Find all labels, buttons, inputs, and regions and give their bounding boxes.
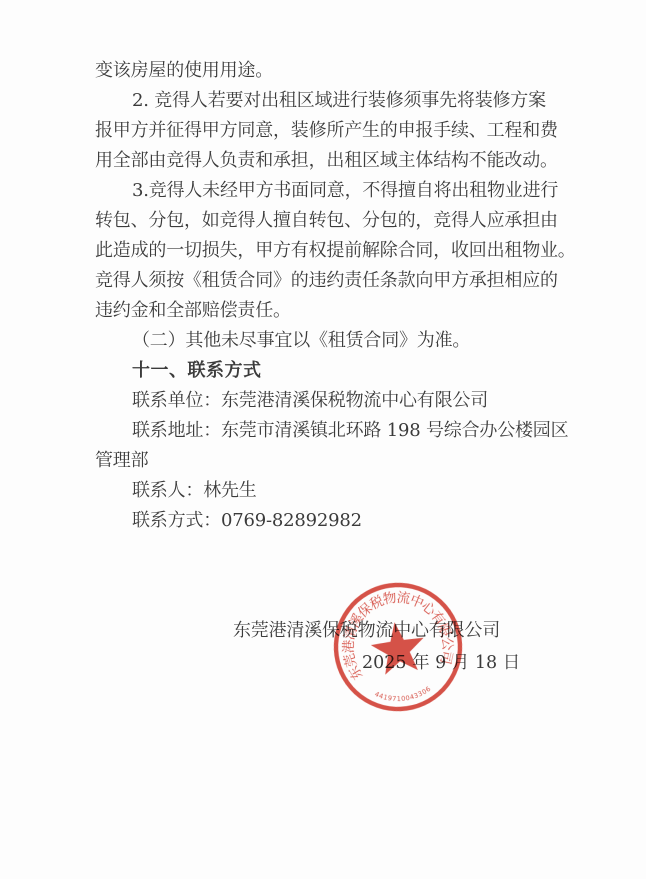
body-line: 用全部由竞得人负责和承担，出租区域主体结构不能改动。 — [95, 146, 567, 176]
contact-phone-line: 联系方式：0769-82892982 — [95, 506, 567, 536]
body-line: 2. 竞得人若要对出租区域进行装修须事先将装修方案 — [95, 86, 567, 116]
body-line: 竞得人须按《租赁合同》的违约责任条款向甲方承担相应的 — [95, 266, 567, 296]
document-body: 变该房屋的使用用途。 2. 竞得人若要对出租区域进行装修须事先将装修方案 报甲方… — [95, 56, 567, 536]
contact-address-wrap-line: 管理部 — [95, 446, 567, 476]
contact-person-line: 联系人：林先生 — [95, 476, 567, 506]
body-line: 3.竞得人未经甲方书面同意，不得擅自将出租物业进行 — [95, 176, 567, 206]
seal-star-icon — [368, 619, 428, 677]
contact-address-line: 联系地址：东莞市清溪镇北环路 198 号综合办公楼园区 — [95, 416, 567, 446]
body-line: 违约金和全部赔偿责任。 — [95, 296, 567, 326]
section-heading-contact: 十一、联系方式 — [95, 356, 567, 386]
body-line: （二）其他未尽事宜以《租赁合同》为准。 — [95, 326, 567, 356]
company-seal: 东莞港清溪保税物流中心有限公司 4419710043306 — [308, 557, 489, 738]
body-line: 此造成的一切损失，甲方有权提前解除合同，收回出租物业。 — [95, 236, 567, 266]
body-line: 转包、分包，如竞得人擅自转包、分包的，竞得人应承担由 — [95, 206, 567, 236]
contact-unit-line: 联系单位：东莞港清溪保税物流中心有限公司 — [95, 386, 567, 416]
body-line: 变该房屋的使用用途。 — [95, 56, 567, 86]
body-line: 报甲方并征得甲方同意，装修所产生的申报手续、工程和费 — [95, 116, 567, 146]
document-page: 变该房屋的使用用途。 2. 竞得人若要对出租区域进行装修须事先将装修方案 报甲方… — [0, 0, 646, 879]
